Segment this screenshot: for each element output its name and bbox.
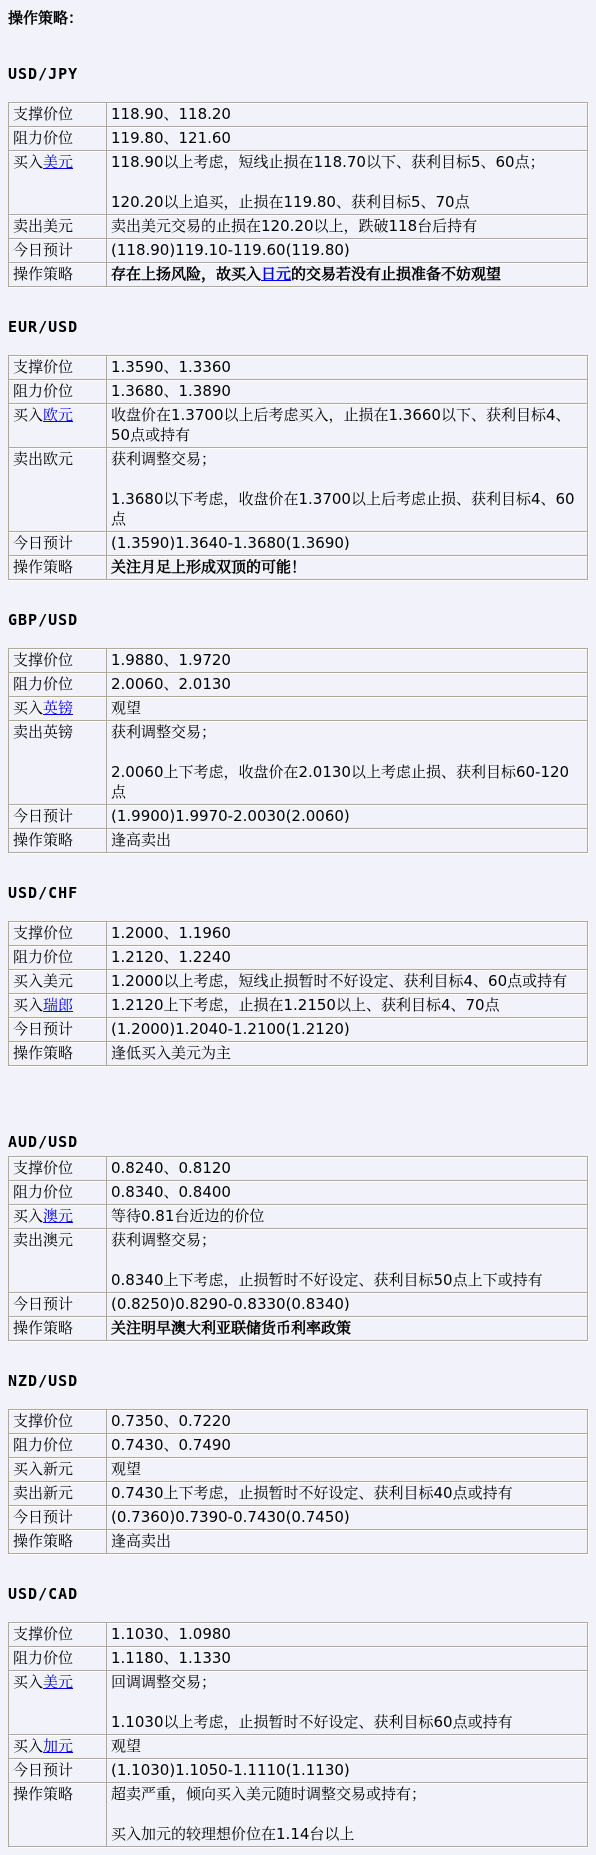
row-value-cell: 1.1180、1.1330: [107, 1647, 588, 1671]
currency-link[interactable]: 欧元: [43, 406, 73, 424]
blank-line: [111, 1250, 583, 1270]
row-label-cell: 阻力价位: [9, 380, 107, 404]
value-text: 1.2000、1.1960: [111, 924, 231, 942]
blank-line: [111, 742, 583, 762]
row-label-cell: 买入美元: [9, 970, 107, 994]
row-label-cell: 买入加元: [9, 1735, 107, 1759]
row-label-cell: 阻力价位: [9, 1647, 107, 1671]
currency-section: USD/CHF支撑价位1.2000、1.1960阻力价位1.2120、1.224…: [8, 883, 588, 1066]
table-row: 支撑价位1.3590、1.3360: [9, 356, 588, 380]
strategy-report: 操作策略： USD/JPY支撑价位118.90、118.20阻力价位119.80…: [8, 8, 588, 1847]
row-label-cell: 操作策略: [9, 829, 107, 853]
table-row: 支撑价位0.8240、0.8120: [9, 1157, 588, 1181]
row-value-cell: (0.8250)0.8290-0.8330(0.8340): [107, 1293, 588, 1317]
value-line: 0.7350、0.7220: [111, 1411, 583, 1431]
value-line: (1.3590)1.3640-1.3680(1.3690): [111, 533, 583, 553]
value-text: 收盘价在1.3700以上后考虑买入，止损在1.3660以下、获利目标4、50点或…: [111, 406, 571, 444]
page-title: 操作策略：: [8, 8, 588, 28]
table-row: 操作策略关注明早澳大利亚联储货币利率政策: [9, 1317, 588, 1341]
value-line: 观望: [111, 698, 583, 718]
label-text: 操作策略: [13, 265, 73, 283]
row-label-cell: 今日预计: [9, 239, 107, 263]
label-text: 今日预计: [13, 1020, 73, 1038]
row-label-cell: 支撑价位: [9, 922, 107, 946]
value-text: 0.7350、0.7220: [111, 1412, 231, 1430]
value-line: 1.3680、1.3890: [111, 381, 583, 401]
table-row: 买入美元1.2000以上考虑，短线止损暂时不好设定、获利目标4、60点或持有: [9, 970, 588, 994]
pair-heading: USD/JPY: [8, 64, 588, 84]
row-value-cell: 1.3590、1.3360: [107, 356, 588, 380]
value-line: (1.1030)1.1050-1.1110(1.1130): [111, 1760, 583, 1780]
value-text: 1.3680、1.3890: [111, 382, 231, 400]
currency-section: NZD/USD支撑价位0.7350、0.7220阻力价位0.7430、0.749…: [8, 1371, 588, 1554]
label-text: 卖出美元: [13, 217, 73, 235]
row-label-cell: 卖出澳元: [9, 1229, 107, 1293]
table-row: 卖出澳元获利调整交易； 0.8340上下考虑，止损暂时不好设定、获利目标50点上…: [9, 1229, 588, 1293]
value-line: 0.7430、0.7490: [111, 1435, 583, 1455]
row-label-cell: 买入瑞郎: [9, 994, 107, 1018]
value-text: 逢高卖出: [111, 1532, 171, 1550]
value-text: 的交易若没有止损准备不妨观望: [291, 265, 501, 283]
table-row: 买入英镑观望: [9, 697, 588, 721]
row-label-cell: 阻力价位: [9, 946, 107, 970]
row-label-cell: 买入美元: [9, 1671, 107, 1735]
value-line: 逢低买入美元为主: [111, 1043, 583, 1063]
label-text: 阻力价位: [13, 1183, 73, 1201]
value-text: 逢高卖出: [111, 831, 171, 849]
row-value-cell: 1.2000以上考虑，短线止损暂时不好设定、获利目标4、60点或持有: [107, 970, 588, 994]
currency-section: USD/CAD支撑价位1.1030、1.0980阻力价位1.1180、1.133…: [8, 1584, 588, 1847]
row-value-cell: 1.2120、1.2240: [107, 946, 588, 970]
currency-section: USD/JPY支撑价位118.90、118.20阻力价位119.80、121.6…: [8, 64, 588, 287]
row-label-cell: 买入欧元: [9, 404, 107, 448]
row-label-cell: 今日预计: [9, 1018, 107, 1042]
value-line: 0.8340、0.8400: [111, 1182, 583, 1202]
value-text: 1.1030以上考虑，止损暂时不好设定、获利目标60点或持有: [111, 1713, 513, 1731]
table-row: 买入美元118.90以上考虑，短线止损在118.70以下、获利目标5、60点； …: [9, 151, 588, 215]
label-text: 支撑价位: [13, 1159, 73, 1177]
row-value-cell: 1.9880、1.9720: [107, 649, 588, 673]
table-row: 支撑价位118.90、118.20: [9, 103, 588, 127]
row-label-cell: 今日预计: [9, 1759, 107, 1783]
row-value-cell: 0.8240、0.8120: [107, 1157, 588, 1181]
value-line: 观望: [111, 1736, 583, 1756]
row-value-cell: 119.80、121.60: [107, 127, 588, 151]
row-value-cell: 超卖严重，倾向买入美元随时调整交易或持有； 买入加元的较理想价位在1.14台以上: [107, 1783, 588, 1847]
row-value-cell: 0.7430上下考虑，止损暂时不好设定、获利目标40点或持有: [107, 1482, 588, 1506]
value-line: 118.90以上考虑，短线止损在118.70以下、获利目标5、60点；: [111, 152, 583, 172]
row-value-cell: (1.3590)1.3640-1.3680(1.3690): [107, 532, 588, 556]
label-text: 买入: [13, 1737, 43, 1755]
value-line: 0.8240、0.8120: [111, 1158, 583, 1178]
row-label-cell: 今日预计: [9, 532, 107, 556]
row-value-cell: 观望: [107, 1735, 588, 1759]
table-row: 阻力价位1.2120、1.2240: [9, 946, 588, 970]
value-line: 收盘价在1.3700以上后考虑买入，止损在1.3660以下、获利目标4、50点或…: [111, 405, 583, 445]
value-line: 2.0060上下考虑，收盘价在2.0130以上考虑止损、获利目标60-120点: [111, 762, 583, 802]
row-value-cell: 获利调整交易； 1.3680以下考虑，收盘价在1.3700以上后考虑止损、获利目…: [107, 448, 588, 532]
label-text: 操作策略: [13, 1319, 73, 1337]
table-row: 阻力价位0.8340、0.8400: [9, 1181, 588, 1205]
table-row: 阻力价位1.1180、1.1330: [9, 1647, 588, 1671]
row-label-cell: 支撑价位: [9, 356, 107, 380]
value-text: 0.8240、0.8120: [111, 1159, 231, 1177]
table-row: 今日预计(118.90)119.10-119.60(119.80): [9, 239, 588, 263]
row-label-cell: 卖出欧元: [9, 448, 107, 532]
row-value-cell: (0.7360)0.7390-0.7430(0.7450): [107, 1506, 588, 1530]
table-row: 买入瑞郎1.2120上下考虑，止损在1.2150以上、获利目标4、70点: [9, 994, 588, 1018]
currency-section: GBP/USD支撑价位1.9880、1.9720阻力价位2.0060、2.013…: [8, 610, 588, 853]
label-text: 支撑价位: [13, 1625, 73, 1643]
value-line: 存在上扬风险，故买入日元的交易若没有止损准备不妨观望: [111, 264, 583, 284]
value-text: 获利调整交易；: [111, 1231, 216, 1249]
table-row: 阻力价位2.0060、2.0130: [9, 673, 588, 697]
value-line: 获利调整交易；: [111, 449, 583, 469]
value-text: 1.1030、1.0980: [111, 1625, 231, 1643]
strategy-table: 支撑价位0.7350、0.7220阻力价位0.7430、0.7490买入新元观望…: [8, 1409, 588, 1554]
strategy-table: 支撑价位1.2000、1.1960阻力价位1.2120、1.2240买入美元1.…: [8, 921, 588, 1066]
table-row: 今日预计(1.2000)1.2040-1.2100(1.2120): [9, 1018, 588, 1042]
value-text: 存在上扬风险，故买入: [111, 265, 261, 283]
label-text: 买入新元: [13, 1460, 73, 1478]
table-row: 买入欧元收盘价在1.3700以上后考虑买入，止损在1.3660以下、获利目标4、…: [9, 404, 588, 448]
label-text: 阻力价位: [13, 675, 73, 693]
label-text: 买入: [13, 699, 43, 717]
row-label-cell: 卖出新元: [9, 1482, 107, 1506]
pair-heading: GBP/USD: [8, 610, 588, 630]
row-label-cell: 操作策略: [9, 1317, 107, 1341]
row-value-cell: 回调调整交易； 1.1030以上考虑，止损暂时不好设定、获利目标60点或持有: [107, 1671, 588, 1735]
value-line: 0.7430上下考虑，止损暂时不好设定、获利目标40点或持有: [111, 1483, 583, 1503]
currency-link[interactable]: 瑞郎: [43, 996, 73, 1014]
table-row: 买入美元回调调整交易； 1.1030以上考虑，止损暂时不好设定、获利目标60点或…: [9, 1671, 588, 1735]
value-text: 观望: [111, 699, 141, 717]
pair-heading: USD/CHF: [8, 883, 588, 903]
value-text: 回调调整交易；: [111, 1673, 216, 1691]
table-row: 支撑价位1.1030、1.0980: [9, 1623, 588, 1647]
strategy-table: 支撑价位1.9880、1.9720阻力价位2.0060、2.0130买入英镑观望…: [8, 648, 588, 853]
table-row: 操作策略逢高卖出: [9, 1530, 588, 1554]
sections-container: USD/JPY支撑价位118.90、118.20阻力价位119.80、121.6…: [8, 64, 588, 1847]
table-row: 支撑价位1.9880、1.9720: [9, 649, 588, 673]
row-value-cell: 观望: [107, 697, 588, 721]
value-text: 0.8340上下考虑，止损暂时不好设定、获利目标50点上下或持有: [111, 1271, 543, 1289]
row-value-cell: 0.8340、0.8400: [107, 1181, 588, 1205]
table-row: 买入新元观望: [9, 1458, 588, 1482]
label-text: 卖出新元: [13, 1484, 73, 1502]
value-line: (0.7360)0.7390-0.7430(0.7450): [111, 1507, 583, 1527]
label-text: 今日预计: [13, 241, 73, 259]
label-text: 操作策略: [13, 1532, 73, 1550]
value-text: 1.9880、1.9720: [111, 651, 231, 669]
value-text: 等待0.81台近边的价位: [111, 1207, 264, 1225]
currency-section: AUD/USD支撑价位0.8240、0.8120阻力价位0.8340、0.840…: [8, 1132, 588, 1341]
value-line: 118.90、118.20: [111, 104, 583, 124]
value-text: 120.20以上追买，止损在119.80、获利目标5、70点: [111, 193, 470, 211]
row-value-cell: 逢高卖出: [107, 1530, 588, 1554]
value-line: 1.1030、1.0980: [111, 1624, 583, 1644]
value-text: 观望: [111, 1460, 141, 1478]
label-text: 今日预计: [13, 1508, 73, 1526]
value-line: 1.1180、1.1330: [111, 1648, 583, 1668]
value-text: (1.1030)1.1050-1.1110(1.1130): [111, 1761, 350, 1779]
label-text: 操作策略: [13, 1785, 73, 1803]
label-text: 卖出欧元: [13, 450, 73, 468]
value-line: 1.2000以上考虑，短线止损暂时不好设定、获利目标4、60点或持有: [111, 971, 583, 991]
row-label-cell: 操作策略: [9, 1530, 107, 1554]
currency-link[interactable]: 英镑: [43, 699, 73, 717]
value-text: 0.7430上下考虑，止损暂时不好设定、获利目标40点或持有: [111, 1484, 513, 1502]
table-row: 操作策略关注月足上形成双顶的可能！: [9, 556, 588, 580]
row-label-cell: 买入澳元: [9, 1205, 107, 1229]
table-row: 阻力价位0.7430、0.7490: [9, 1434, 588, 1458]
value-text: 卖出美元交易的止损在120.20以上，跌破118台后持有: [111, 217, 477, 235]
row-value-cell: 存在上扬风险，故买入日元的交易若没有止损准备不妨观望: [107, 263, 588, 287]
value-line: 1.2120上下考虑，止损在1.2150以上、获利目标4、70点: [111, 995, 583, 1015]
label-text: 今日预计: [13, 1295, 73, 1313]
pair-heading: NZD/USD: [8, 1371, 588, 1391]
value-text: 1.2000以上考虑，短线止损暂时不好设定、获利目标4、60点或持有: [111, 972, 567, 990]
value-text: 获利调整交易；: [111, 450, 216, 468]
table-row: 今日预计(0.7360)0.7390-0.7430(0.7450): [9, 1506, 588, 1530]
row-label-cell: 阻力价位: [9, 1181, 107, 1205]
strategy-table: 支撑价位1.3590、1.3360阻力价位1.3680、1.3890买入欧元收盘…: [8, 355, 588, 580]
table-row: 今日预计(1.9900)1.9970-2.0030(2.0060): [9, 805, 588, 829]
row-value-cell: 获利调整交易； 0.8340上下考虑，止损暂时不好设定、获利目标50点上下或持有: [107, 1229, 588, 1293]
row-value-cell: (1.9900)1.9970-2.0030(2.0060): [107, 805, 588, 829]
value-text: 0.7430、0.7490: [111, 1436, 231, 1454]
pair-heading: AUD/USD: [8, 1132, 588, 1152]
row-label-cell: 卖出英镑: [9, 721, 107, 805]
value-line: 1.2120、1.2240: [111, 947, 583, 967]
blank-line: [111, 469, 583, 489]
currency-section: EUR/USD支撑价位1.3590、1.3360阻力价位1.3680、1.389…: [8, 317, 588, 580]
pair-heading: EUR/USD: [8, 317, 588, 337]
label-text: 买入: [13, 996, 43, 1014]
label-text: 支撑价位: [13, 358, 73, 376]
table-row: 卖出英镑获利调整交易； 2.0060上下考虑，收盘价在2.0130以上考虑止损、…: [9, 721, 588, 805]
label-text: 今日预计: [13, 534, 73, 552]
table-row: 操作策略逢低买入美元为主: [9, 1042, 588, 1066]
row-label-cell: 今日预计: [9, 1293, 107, 1317]
row-label-cell: 卖出美元: [9, 215, 107, 239]
label-text: 操作策略: [13, 831, 73, 849]
value-text: 118.90、118.20: [111, 105, 231, 123]
row-label-cell: 操作策略: [9, 1042, 107, 1066]
value-text: 获利调整交易；: [111, 723, 216, 741]
row-value-cell: 观望: [107, 1458, 588, 1482]
pair-heading: USD/CAD: [8, 1584, 588, 1604]
row-label-cell: 买入新元: [9, 1458, 107, 1482]
blank-line: [111, 1804, 583, 1824]
value-text: 超卖严重，倾向买入美元随时调整交易或持有；: [111, 1785, 426, 1803]
label-text: 买入: [13, 406, 43, 424]
table-row: 卖出欧元获利调整交易； 1.3680以下考虑，收盘价在1.3700以上后考虑止损…: [9, 448, 588, 532]
value-line: 回调调整交易；: [111, 1672, 583, 1692]
row-value-cell: (1.2000)1.2040-1.2100(1.2120): [107, 1018, 588, 1042]
label-text: 卖出澳元: [13, 1231, 73, 1249]
value-line: 1.9880、1.9720: [111, 650, 583, 670]
value-text: 1.1180、1.1330: [111, 1649, 231, 1667]
strategy-table: 支撑价位118.90、118.20阻力价位119.80、121.60买入美元11…: [8, 102, 588, 287]
row-label-cell: 支撑价位: [9, 649, 107, 673]
row-value-cell: 1.2000、1.1960: [107, 922, 588, 946]
label-text: 支撑价位: [13, 105, 73, 123]
row-label-cell: 支撑价位: [9, 1623, 107, 1647]
label-text: 卖出英镑: [13, 723, 73, 741]
blank-line: [111, 1692, 583, 1712]
value-text: 2.0060、2.0130: [111, 675, 231, 693]
value-line: 逢高卖出: [111, 830, 583, 850]
value-text: 1.3680以下考虑，收盘价在1.3700以上后考虑止损、获利目标4、60点: [111, 490, 575, 528]
currency-link[interactable]: 美元: [43, 153, 73, 171]
row-label-cell: 操作策略: [9, 556, 107, 580]
row-value-cell: 关注明早澳大利亚联储货币利率政策: [107, 1317, 588, 1341]
label-text: 操作策略: [13, 1044, 73, 1062]
row-value-cell: 卖出美元交易的止损在120.20以上，跌破118台后持有: [107, 215, 588, 239]
row-value-cell: 关注月足上形成双顶的可能！: [107, 556, 588, 580]
value-text: 118.90以上考虑，短线止损在118.70以下、获利目标5、60点；: [111, 153, 545, 171]
row-label-cell: 支撑价位: [9, 1410, 107, 1434]
label-text: 阻力价位: [13, 1649, 73, 1667]
row-value-cell: 收盘价在1.3700以上后考虑买入，止损在1.3660以下、获利目标4、50点或…: [107, 404, 588, 448]
value-line: (0.8250)0.8290-0.8330(0.8340): [111, 1294, 583, 1314]
strategy-table: 支撑价位1.1030、1.0980阻力价位1.1180、1.1330买入美元回调…: [8, 1622, 588, 1847]
currency-link[interactable]: 加元: [43, 1737, 73, 1755]
row-value-cell: 获利调整交易； 2.0060上下考虑，收盘价在2.0130以上考虑止损、获利目标…: [107, 721, 588, 805]
table-row: 今日预计(1.1030)1.1050-1.1110(1.1130): [9, 1759, 588, 1783]
value-line: 超卖严重，倾向买入美元随时调整交易或持有；: [111, 1784, 583, 1804]
value-text: 1.3590、1.3360: [111, 358, 231, 376]
row-value-cell: 等待0.81台近边的价位: [107, 1205, 588, 1229]
value-text: 买入加元的较理想价位在1.14台以上: [111, 1825, 354, 1843]
row-value-cell: (1.1030)1.1050-1.1110(1.1130): [107, 1759, 588, 1783]
value-text: 119.80、121.60: [111, 129, 231, 147]
row-label-cell: 今日预计: [9, 805, 107, 829]
row-value-cell: 0.7350、0.7220: [107, 1410, 588, 1434]
value-line: 获利调整交易；: [111, 1230, 583, 1250]
label-text: 阻力价位: [13, 948, 73, 966]
table-row: 操作策略存在上扬风险，故买入日元的交易若没有止损准备不妨观望: [9, 263, 588, 287]
value-line: 关注月足上形成双顶的可能！: [111, 557, 583, 577]
value-text: (0.7360)0.7390-0.7430(0.7450): [111, 1508, 350, 1526]
value-text: (1.2000)1.2040-1.2100(1.2120): [111, 1020, 350, 1038]
value-line: (118.90)119.10-119.60(119.80): [111, 240, 583, 260]
label-text: 今日预计: [13, 1761, 73, 1779]
table-row: 阻力价位119.80、121.60: [9, 127, 588, 151]
row-value-cell: 1.3680、1.3890: [107, 380, 588, 404]
value-line: (1.2000)1.2040-1.2100(1.2120): [111, 1019, 583, 1039]
value-text: 2.0060上下考虑，收盘价在2.0130以上考虑止损、获利目标60-120点: [111, 763, 569, 801]
row-value-cell: 118.90、118.20: [107, 103, 588, 127]
value-line: (1.9900)1.9970-2.0030(2.0060): [111, 806, 583, 826]
currency-link[interactable]: 美元: [43, 1673, 73, 1691]
label-text: 买入美元: [13, 972, 73, 990]
label-text: 支撑价位: [13, 924, 73, 942]
row-label-cell: 买入英镑: [9, 697, 107, 721]
row-label-cell: 操作策略: [9, 263, 107, 287]
value-line: 1.1030以上考虑，止损暂时不好设定、获利目标60点或持有: [111, 1712, 583, 1732]
value-text: 关注月足上形成双顶的可能！: [111, 558, 306, 576]
row-value-cell: 逢高卖出: [107, 829, 588, 853]
row-label-cell: 买入美元: [9, 151, 107, 215]
value-line: 关注明早澳大利亚联储货币利率政策: [111, 1318, 583, 1338]
row-value-cell: (118.90)119.10-119.60(119.80): [107, 239, 588, 263]
blank-line: [111, 172, 583, 192]
value-line: 等待0.81台近边的价位: [111, 1206, 583, 1226]
value-line: 1.3590、1.3360: [111, 357, 583, 377]
value-text: 1.2120、1.2240: [111, 948, 231, 966]
table-row: 今日预计(1.3590)1.3640-1.3680(1.3690): [9, 532, 588, 556]
row-label-cell: 阻力价位: [9, 127, 107, 151]
value-line: 获利调整交易；: [111, 722, 583, 742]
value-line: 2.0060、2.0130: [111, 674, 583, 694]
value-line: 0.8340上下考虑，止损暂时不好设定、获利目标50点上下或持有: [111, 1270, 583, 1290]
value-text: (118.90)119.10-119.60(119.80): [111, 241, 350, 259]
table-row: 操作策略超卖严重，倾向买入美元随时调整交易或持有； 买入加元的较理想价位在1.1…: [9, 1783, 588, 1847]
label-text: 支撑价位: [13, 651, 73, 669]
value-line: 1.3680以下考虑，收盘价在1.3700以上后考虑止损、获利目标4、60点: [111, 489, 583, 529]
value-line: 买入加元的较理想价位在1.14台以上: [111, 1824, 583, 1844]
label-text: 买入: [13, 1207, 43, 1225]
table-row: 今日预计(0.8250)0.8290-0.8330(0.8340): [9, 1293, 588, 1317]
row-label-cell: 支撑价位: [9, 1157, 107, 1181]
table-row: 阻力价位1.3680、1.3890: [9, 380, 588, 404]
row-value-cell: 1.1030、1.0980: [107, 1623, 588, 1647]
label-text: 买入: [13, 1673, 43, 1691]
label-text: 操作策略: [13, 558, 73, 576]
label-text: 阻力价位: [13, 382, 73, 400]
row-label-cell: 今日预计: [9, 1506, 107, 1530]
row-label-cell: 阻力价位: [9, 673, 107, 697]
value-line: 119.80、121.60: [111, 128, 583, 148]
value-text: 0.8340、0.8400: [111, 1183, 231, 1201]
label-text: 阻力价位: [13, 1436, 73, 1454]
value-text: 1.2120上下考虑，止损在1.2150以上、获利目标4、70点: [111, 996, 500, 1014]
table-row: 操作策略逢高卖出: [9, 829, 588, 853]
label-text: 支撑价位: [13, 1412, 73, 1430]
row-value-cell: 0.7430、0.7490: [107, 1434, 588, 1458]
row-label-cell: 阻力价位: [9, 1434, 107, 1458]
table-row: 支撑价位0.7350、0.7220: [9, 1410, 588, 1434]
value-line: 1.2000、1.1960: [111, 923, 583, 943]
value-text: 观望: [111, 1737, 141, 1755]
table-row: 支撑价位1.2000、1.1960: [9, 922, 588, 946]
table-row: 卖出新元0.7430上下考虑，止损暂时不好设定、获利目标40点或持有: [9, 1482, 588, 1506]
row-label-cell: 支撑价位: [9, 103, 107, 127]
table-row: 买入澳元等待0.81台近边的价位: [9, 1205, 588, 1229]
currency-link[interactable]: 日元: [261, 265, 291, 283]
label-text: 阻力价位: [13, 129, 73, 147]
row-value-cell: 118.90以上考虑，短线止损在118.70以下、获利目标5、60点； 120.…: [107, 151, 588, 215]
label-text: 今日预计: [13, 807, 73, 825]
row-value-cell: 逢低买入美元为主: [107, 1042, 588, 1066]
value-text: 逢低买入美元为主: [111, 1044, 231, 1062]
value-line: 120.20以上追买，止损在119.80、获利目标5、70点: [111, 192, 583, 212]
row-value-cell: 1.2120上下考虑，止损在1.2150以上、获利目标4、70点: [107, 994, 588, 1018]
value-line: 逢高卖出: [111, 1531, 583, 1551]
row-label-cell: 操作策略: [9, 1783, 107, 1847]
value-text: (1.9900)1.9970-2.0030(2.0060): [111, 807, 350, 825]
currency-link[interactable]: 澳元: [43, 1207, 73, 1225]
row-value-cell: 2.0060、2.0130: [107, 673, 588, 697]
strategy-table: 支撑价位0.8240、0.8120阻力价位0.8340、0.8400买入澳元等待…: [8, 1156, 588, 1341]
value-text: 关注明早澳大利亚联储货币利率政策: [111, 1319, 351, 1337]
table-row: 买入加元观望: [9, 1735, 588, 1759]
label-text: 买入: [13, 153, 43, 171]
value-text: (1.3590)1.3640-1.3680(1.3690): [111, 534, 350, 552]
value-line: 观望: [111, 1459, 583, 1479]
